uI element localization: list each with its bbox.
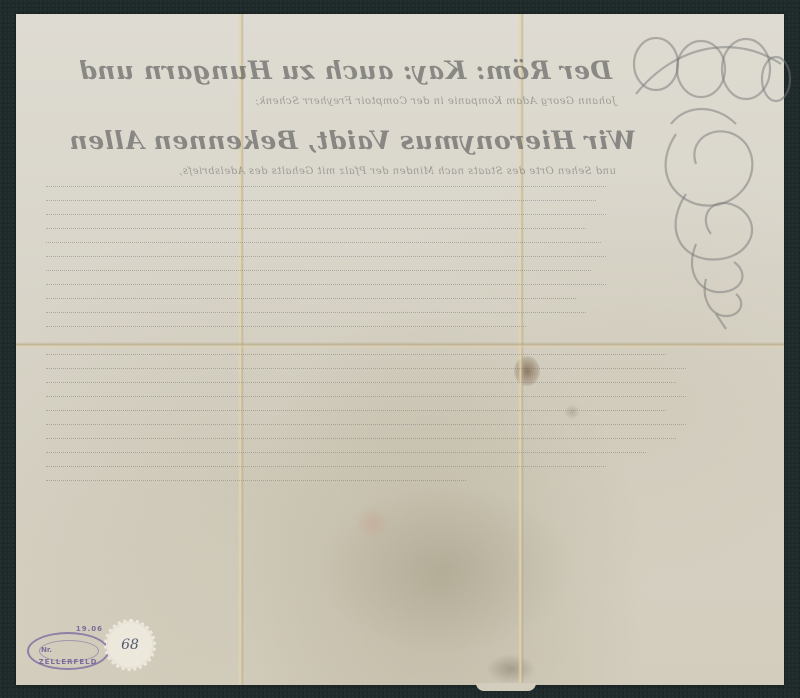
- bleed-subheading-1: Johann Georg Adam Kompanie in der Compto…: [196, 96, 616, 107]
- pink-stain: [356, 506, 390, 540]
- vertical-fold-left: [238, 14, 244, 685]
- bleed-heading-2: Wir Hieronymus Vaidt, Bekennen Allen: [46, 126, 636, 155]
- vertical-fold-right: [518, 14, 524, 685]
- bottom-smudge: [486, 654, 536, 684]
- bleed-heading-1: Der Röm: Kay: auch zu Hungarn und: [72, 56, 612, 85]
- water-stain: [316, 484, 576, 654]
- stamp-bottom-text: ZELLERFELD: [29, 658, 107, 666]
- label-number: 68: [121, 637, 139, 653]
- parchment-document: Der Röm: Kay: auch zu Hungarn und Johann…: [16, 14, 784, 685]
- archive-stamp: 19.06 Nr. ZELLERFELD: [27, 632, 109, 670]
- stamp-top-text: 19.06: [29, 625, 107, 633]
- numbered-label: 68: [108, 623, 152, 667]
- horizontal-fold: [16, 342, 784, 348]
- small-spot: [564, 404, 580, 420]
- stamp-middle-text: Nr.: [41, 646, 52, 654]
- calligraphic-flourish: [616, 24, 796, 334]
- bleed-subheading-2: und Sehen Orte des Staats nach Minden de…: [56, 166, 616, 177]
